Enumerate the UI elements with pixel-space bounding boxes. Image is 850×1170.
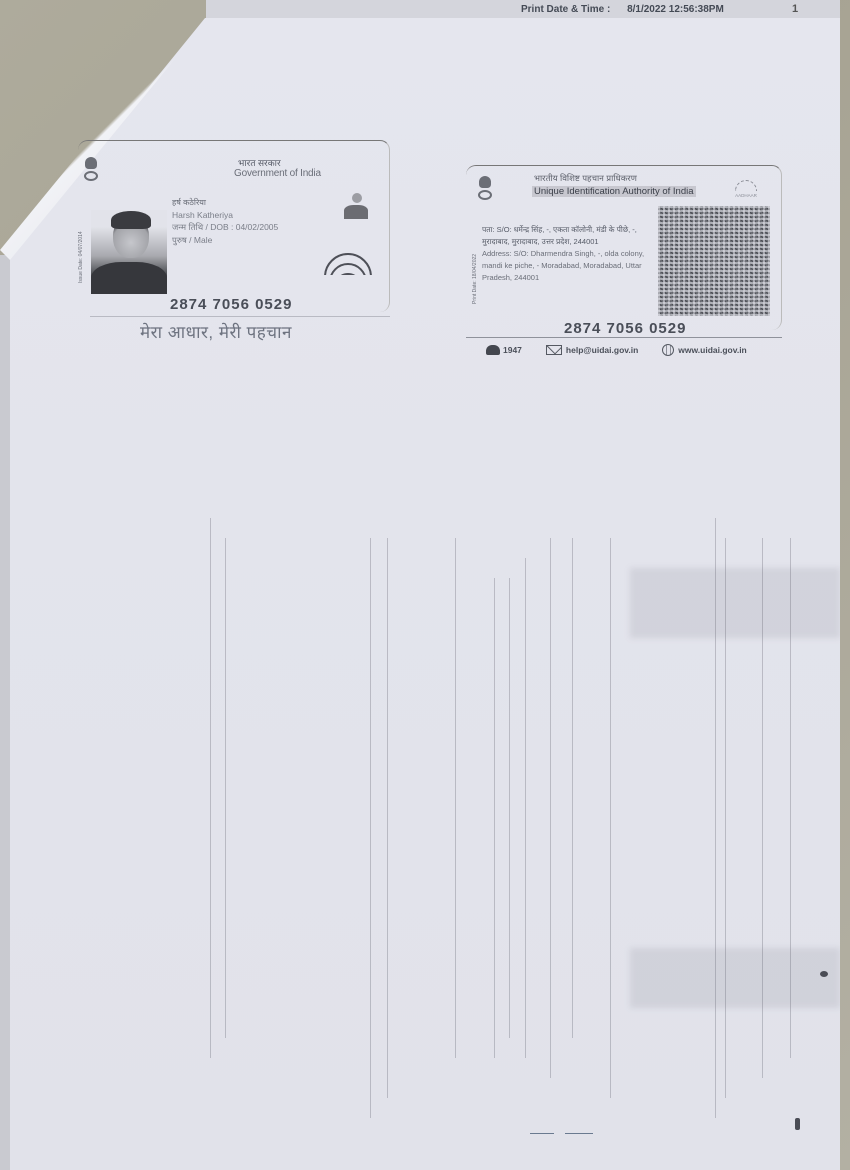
tagline-rule: [90, 316, 390, 317]
holder-gender: पुरुष / Male: [172, 235, 212, 246]
globe-icon: [662, 344, 674, 356]
aadhaar-logo-text: AADHAAR: [728, 193, 764, 198]
print-date-value: 8/1/2022 12:56:38PM: [627, 4, 724, 15]
front-title-english: Government of India: [234, 168, 321, 179]
phone-number: 1947: [503, 345, 522, 355]
aadhaar-number-back: 2874 7056 0529: [564, 320, 686, 337]
page-mark: 1: [792, 3, 798, 15]
address-hindi: पता: S/O: धर्मेन्द्र सिंह, -, एकता कॉलोन…: [482, 224, 662, 248]
holder-dob: जन्म तिथि / DOB : 04/02/2005: [172, 222, 278, 233]
email-address: help@uidai.gov.in: [566, 345, 638, 355]
national-emblem-icon: [84, 157, 98, 183]
ghost-photo-icon: [344, 193, 370, 227]
aadhaar-card-front: भारत सरकार Government of India Issue Dat…: [78, 140, 390, 312]
holder-name-hindi: हर्ष कठेरिया: [172, 197, 206, 208]
holder-photo: [91, 210, 167, 294]
address-english: Address: S/O: Dharmendra Singh, -, olda …: [482, 248, 662, 284]
print-date-vertical: Print Date: 18/04/2022: [472, 224, 478, 304]
back-title-english: Unique Identification Authority of India: [532, 186, 696, 197]
contact-website: www.uidai.gov.in: [662, 344, 746, 356]
national-emblem-icon: [478, 176, 492, 202]
contact-email: help@uidai.gov.in: [546, 345, 638, 355]
print-date-time: Print Date & Time : 8/1/2022 12:56:38PM: [521, 4, 724, 15]
contact-phone: 1947: [486, 345, 522, 355]
aadhaar-fingerprint-logo-icon: [322, 245, 374, 275]
issue-date-vertical: Issue Date: 04/07/2014: [78, 203, 84, 283]
phone-icon: [486, 345, 500, 355]
website-url: www.uidai.gov.in: [678, 345, 746, 355]
back-divider: [466, 337, 782, 338]
print-date-label: Print Date & Time :: [521, 4, 610, 15]
tagline: मेरा आधार, मेरी पहचान: [140, 320, 292, 343]
back-title-hindi: भारतीय विशिष्ट पहचान प्राधिकरण: [534, 173, 637, 184]
aadhaar-number-front: 2874 7056 0529: [170, 296, 292, 313]
qr-code: [658, 206, 770, 316]
contact-row: 1947 help@uidai.gov.in www.uidai.gov.in: [486, 342, 776, 358]
aadhaar-logo-icon: AADHAAR: [728, 180, 764, 202]
aadhaar-card-back: भारतीय विशिष्ट पहचान प्राधिकरण Unique Id…: [466, 165, 782, 330]
mail-icon: [546, 345, 562, 355]
holder-name-english: Harsh Katheriya: [172, 210, 233, 220]
